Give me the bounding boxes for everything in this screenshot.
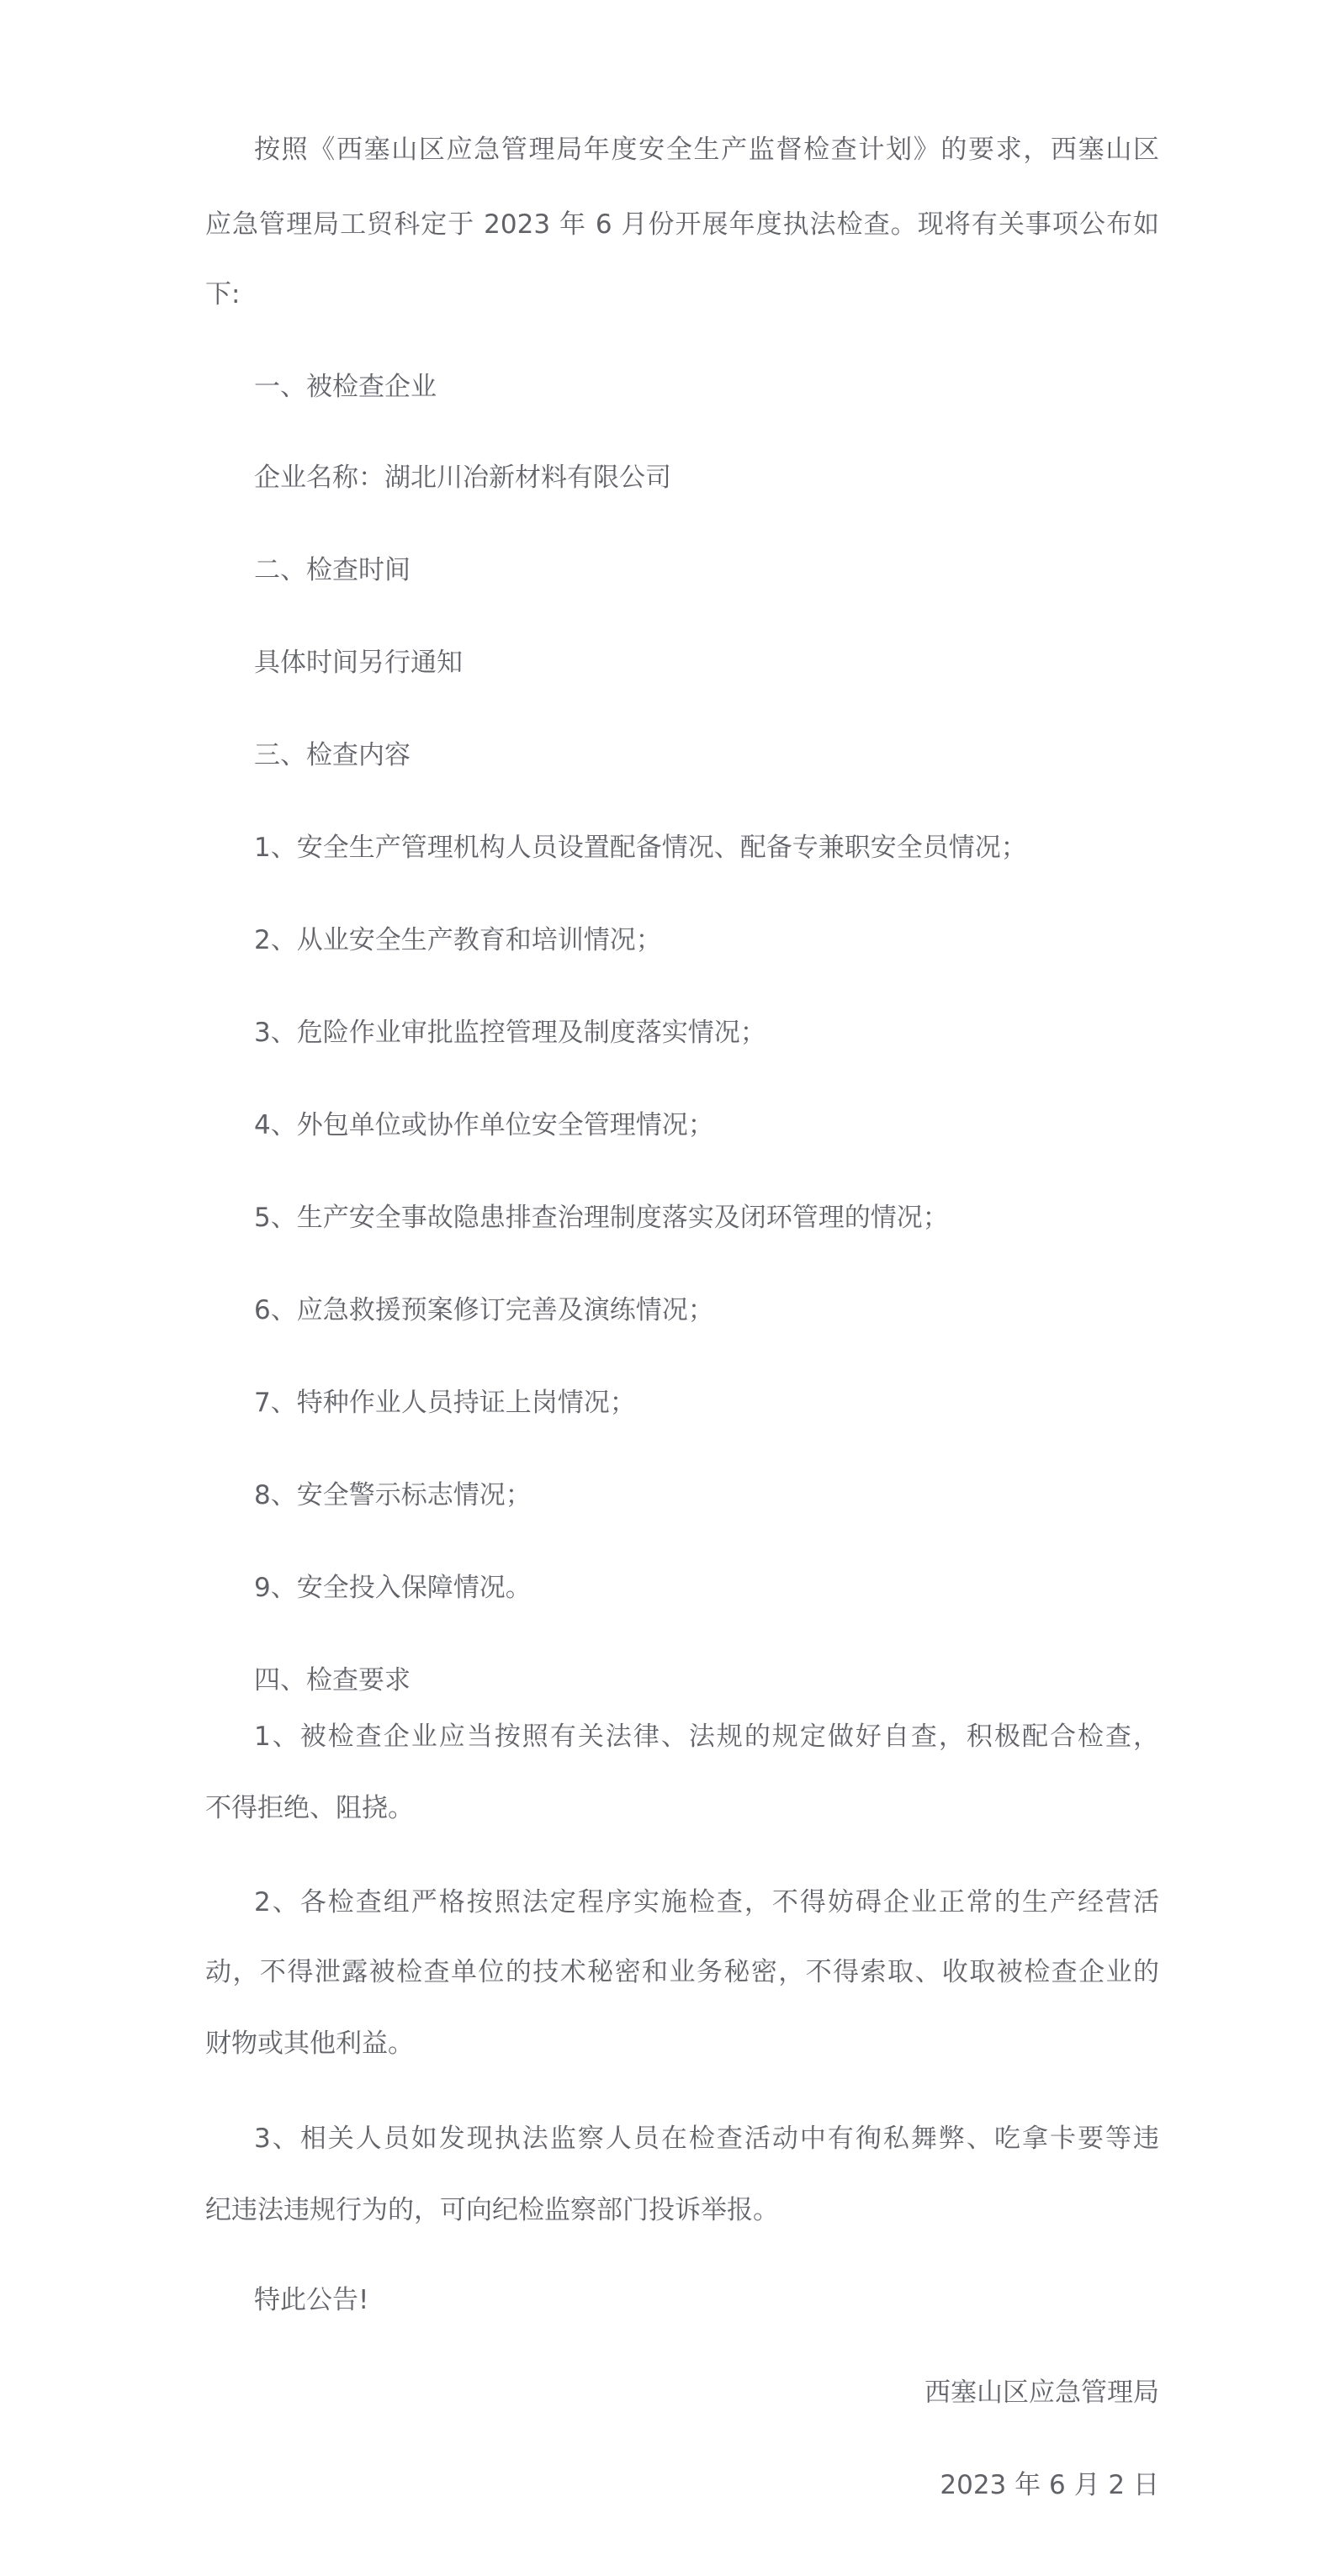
content-item: 8、安全警示标志情况； [254,1478,532,1512]
content-item: 4、外包单位或协作单位安全管理情况； [254,1108,714,1142]
content-item: 7、特种作业人员持证上岗情况； [254,1386,636,1420]
inspection-time-text: 具体时间另行通知 [254,646,463,680]
content-item: 6、应急救援预案修订完善及演练情况； [254,1293,714,1327]
requirement-1-line-1: 1、被检查企业应当按照有关法律、法规的规定做好自查，积极配合检查， [254,1720,1159,1753]
requirement-3-line-1: 3、相关人员如发现执法监察人员在检查活动中有徇私舞弊、吃拿卡要等违 [254,2122,1159,2155]
closing-statement: 特此公告! [254,2283,368,2317]
content-item: 9、安全投入保障情况。 [254,1571,532,1605]
section-heading-requirements: 四、检查要求 [254,1664,411,1697]
section-heading-content: 三、检查内容 [254,738,411,772]
issuer-signature: 西塞山区应急管理局 [924,2376,1159,2409]
requirement-2-line-1: 2、各检查组严格按照法定程序实施检查，不得妨碍企业正常的生产经营活 [254,1886,1159,1919]
requirement-2-line-2: 动，不得泄露被检查单位的技术秘密和业务秘密，不得索取、收取被检查企业的 [205,1955,1159,1989]
intro-line-2: 应急管理局工贸科定于 2023 年 6 月份开展年度执法检查。现将有关事项公布如 [205,208,1159,241]
content-item: 2、从业安全生产教育和培训情况； [254,923,662,957]
content-item: 3、危险作业审批监控管理及制度落实情况； [254,1016,766,1050]
requirement-1-line-2: 不得拒绝、阻挠。 [205,1791,414,1825]
intro-line-3: 下: [205,278,240,311]
requirement-3-line-2: 纪违法违规行为的，可向纪检监察部门投诉举报。 [205,2193,779,2227]
issue-date: 2023 年 6 月 2 日 [940,2468,1159,2502]
intro-line-1: 按照《西塞山区应急管理局年度安全生产监督检查计划》的要求，西塞山区 [254,133,1159,167]
section-heading-enterprise: 一、被检查企业 [254,370,437,404]
company-name: 企业名称：湖北川冶新材料有限公司 [254,461,671,495]
requirement-2-line-3: 财物或其他利益。 [205,2027,414,2060]
section-heading-time: 二、检查时间 [254,553,411,587]
content-item: 1、安全生产管理机构人员设置配备情况、配备专兼职安全员情况； [254,831,1027,865]
content-item: 5、生产安全事故隐患排查治理制度落实及闭环管理的情况； [254,1201,949,1235]
